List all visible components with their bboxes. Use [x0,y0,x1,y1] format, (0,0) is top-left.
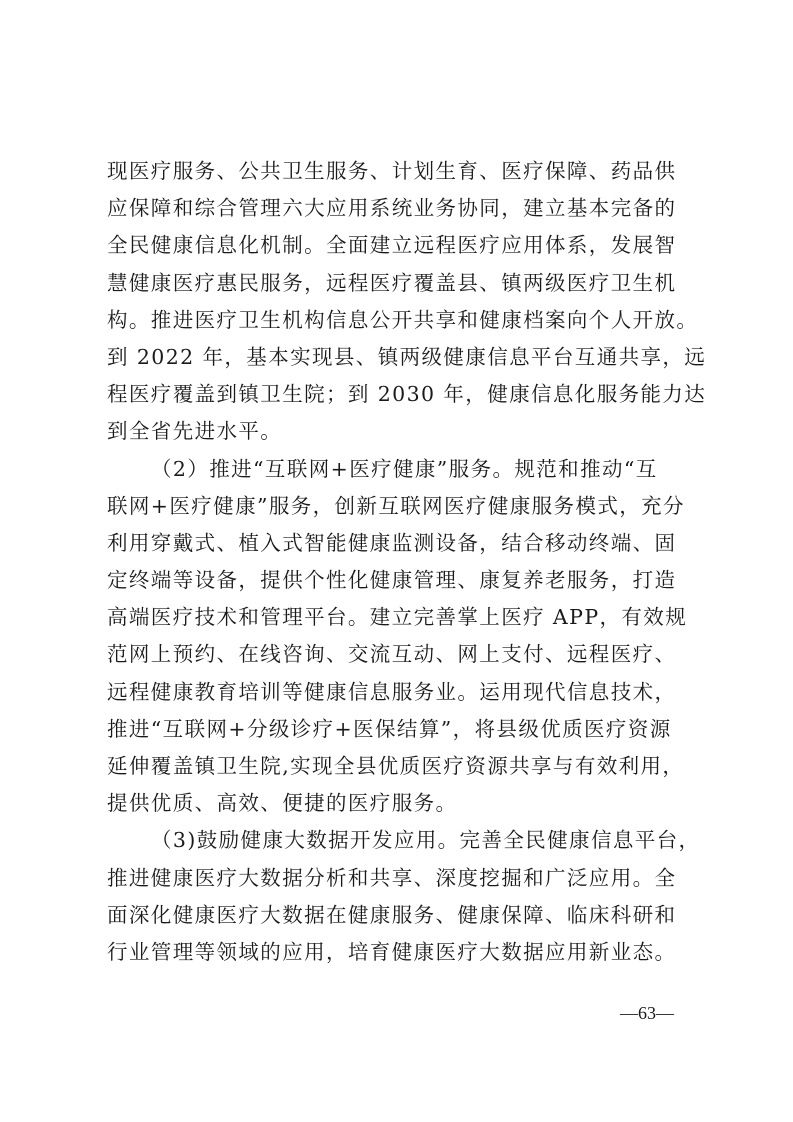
text-line: 定终端等设备，提供个性化健康管理、康复养老服务，打造 [107,562,687,599]
text-line: 推进健康医疗大数据分析和共享、深度挖掘和广泛应用。全 [107,860,687,897]
text-line: 到全省先进水平。 [107,413,687,450]
text-line: 程医疗覆盖到镇卫生院；到 2030 年，健康信息化服务能力达 [107,376,687,413]
section-heading-line: （3)鼓励健康大数据开发应用。完善全民健康信息平台， [107,822,687,859]
text-line: 推进“互联网+分级诊疗+医保结算”，将县级优质医疗资源 [107,711,687,748]
text-line: 远程健康教育培训等健康信息服务业。运用现代信息技术， [107,674,687,711]
section-heading-line: （2）推进“互联网+医疗健康”服务。规范和推动“互 [107,451,687,488]
paragraph-section-3: （3)鼓励健康大数据开发应用。完善全民健康信息平台， 推进健康医疗大数据分析和共… [107,822,687,971]
text-line: 到 2022 年，基本实现县、镇两级健康信息平台互通共享，远 [107,339,687,376]
text-line: 面深化健康医疗大数据在健康服务、健康保障、临床科研和 [107,897,687,934]
text-line: 利用穿戴式、植入式智能健康监测设备，结合移动终端、固 [107,525,687,562]
text-line: 延伸覆盖镇卫生院,实现全县优质医疗资源共享与有效利用， [107,748,687,785]
text-line: 慧健康医疗惠民服务，远程医疗覆盖县、镇两级医疗卫生机 [107,265,687,302]
text-line: 全民健康信息化机制。全面建立远程医疗应用体系，发展智 [107,227,687,264]
text-line: 提供优质、高效、便捷的医疗服务。 [107,785,687,822]
text-line: 范网上预约、在线咨询、交流互动、网上支付、远程医疗、 [107,636,687,673]
paragraph-section-2: （2）推进“互联网+医疗健康”服务。规范和推动“互 联网+医疗健康”服务，创新互… [107,451,687,823]
page-number: —63— [620,1003,674,1024]
text-line: 现医疗服务、公共卫生服务、计划生育、医疗保障、药品供 [107,153,687,190]
text-line: 行业管理等领域的应用，培育健康医疗大数据应用新业态。 [107,934,687,971]
document-body: 现医疗服务、公共卫生服务、计划生育、医疗保障、药品供 应保障和综合管理六大应用系… [107,153,687,971]
paragraph-continued: 现医疗服务、公共卫生服务、计划生育、医疗保障、药品供 应保障和综合管理六大应用系… [107,153,687,451]
text-line: 高端医疗技术和管理平台。建立完善掌上医疗 APP，有效规 [107,599,687,636]
text-line: 联网+医疗健康”服务，创新互联网医疗健康服务模式，充分 [107,488,687,525]
text-line: 应保障和综合管理六大应用系统业务协同，建立基本完备的 [107,190,687,227]
text-line: 构。推进医疗卫生机构信息公开共享和健康档案向个人开放。 [107,302,687,339]
